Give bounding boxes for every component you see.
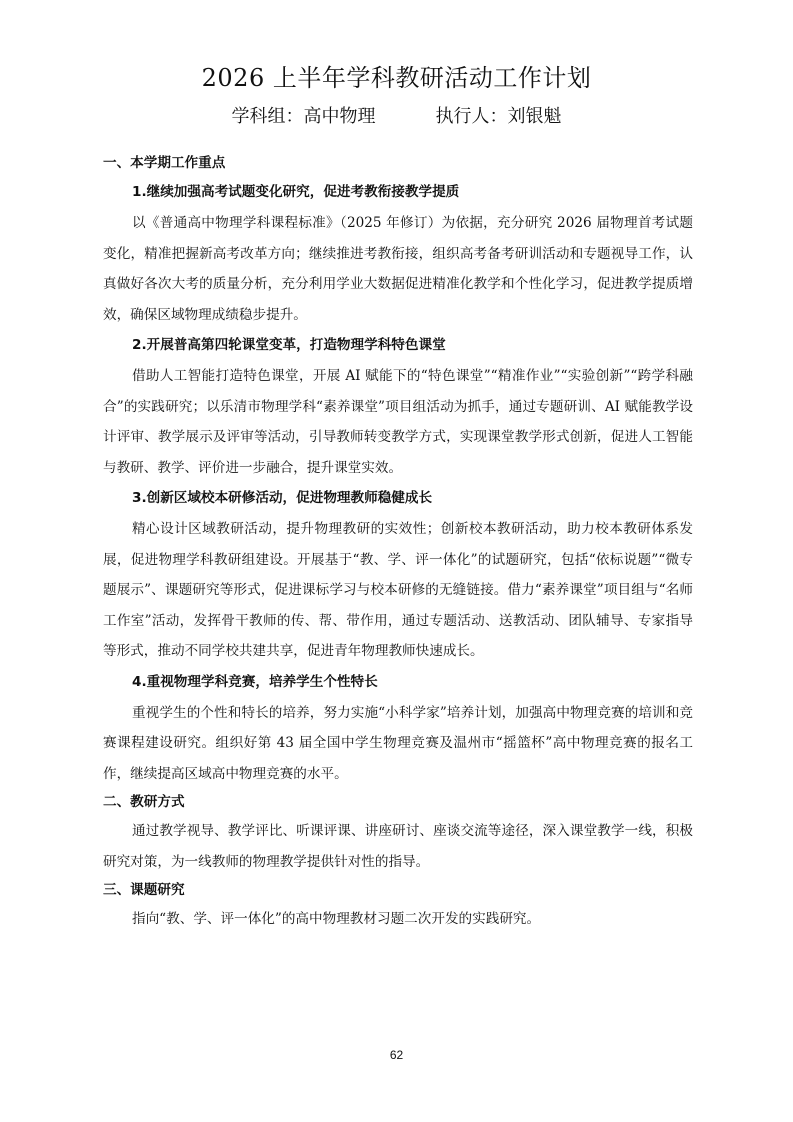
section-heading: 二、教研方式 [103,789,693,816]
paragraph: 借助人工智能打造特色课堂，开展 AI 赋能下的“特色课堂”“精准作业”“实验创新… [103,361,693,483]
subsection-heading: 2.开展普高第四轮课堂变革，打造物理学科特色课堂 [103,330,693,361]
section-heading: 一、本学期工作重点 [103,150,693,177]
subsection-heading: 4.重视物理学科竞赛，培养学生个性特长 [103,667,693,698]
subject-group: 学科组：高中物理 [232,106,376,127]
subtitle-line: 学科组：高中物理执行人：刘银魁 [0,102,793,128]
document-page: 2026 上半年学科教研活动工作计划 学科组：高中物理执行人：刘银魁 一、本学期… [0,0,793,1122]
subsection-heading: 3.创新区域校本研修活动，促进物理教师稳健成长 [103,483,693,514]
section-heading: 三、课题研究 [103,877,693,904]
page-number: 62 [0,1048,793,1062]
executor: 执行人：刘银魁 [436,106,562,127]
paragraph: 精心设计区域教研活动，提升物理教研的实效性；创新校本教研活动，助力校本教研体系发… [103,514,693,667]
paragraph: 指向“教、学、评一体化”的高中物理教材习题二次开发的实践研究。 [103,904,693,935]
paragraph: 以《普通高中物理学科课程标准》（2025 年修订）为依据，充分研究 2026 届… [103,208,693,330]
paragraph: 通过教学视导、教学评比、听课评课、讲座研讨、座谈交流等途径，深入课堂教学一线，积… [103,816,693,877]
document-body: 一、本学期工作重点 1.继续加强高考试题变化研究，促进考教衔接教学提质 以《普通… [103,150,693,935]
subsection-heading: 1.继续加强高考试题变化研究，促进考教衔接教学提质 [103,177,693,208]
page-title: 2026 上半年学科教研活动工作计划 [0,58,793,93]
paragraph: 重视学生的个性和特长的培养，努力实施“小科学家”培养计划，加强高中物理竞赛的培训… [103,698,693,790]
